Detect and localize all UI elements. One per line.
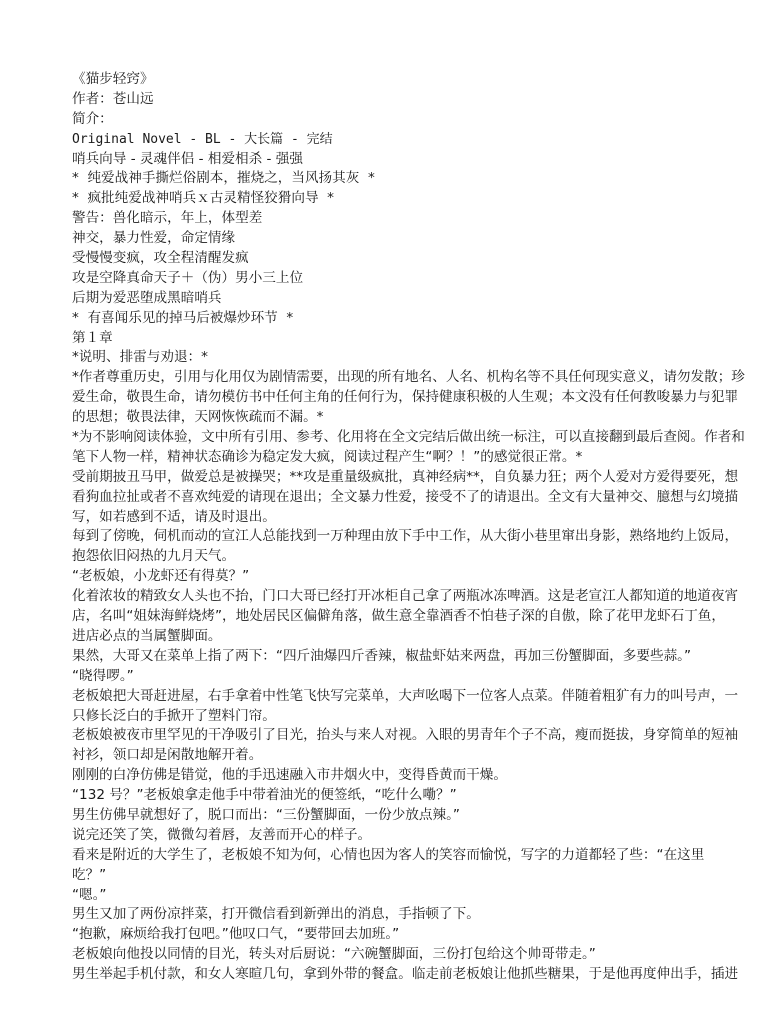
text-line: 吃？” [72, 866, 712, 886]
document-page: 《猫步轻窍》 作者：苍山远 简介： Original Novel - BL - … [72, 70, 712, 985]
text-line: “抱歉，麻烦给我打包吧。”他叹口气，“要带回去加班。” [72, 925, 712, 945]
book-title: 《猫步轻窍》 [72, 70, 712, 90]
text-line: 化着浓妆的精致女人头也不抬，门口大哥已经打开冰柜自己拿了两瓶冰冻啤酒。这是老宣江… [72, 587, 712, 607]
text-line: 老板娘向他投以同情的目光，转头对后厨说：“六碗蟹脚面，三份打包给这个帅哥带走。” [72, 945, 712, 965]
text-line: * 纯爱战神手撕烂俗剧本，摧烧之，当风扬其灰 * [72, 169, 712, 189]
text-line: “132 号？”老板娘拿走他手中带着油光的便签纸，“吃什么嘞？” [72, 786, 712, 806]
tags-line: 哨兵向导 - 灵魂伴侣 - 相爱相杀 - 强强 [72, 150, 712, 170]
text-line: 看狗血拉扯或者不喜欢纯爱的请现在退出；全文暴力性爱，接受不了的请退出。全文有大量… [72, 488, 712, 508]
author-line: 作者：苍山远 [72, 90, 712, 110]
text-line: 警告：兽化暗示，年上，体型差 [72, 209, 712, 229]
text-line: 衬衫，领口却是闲散地解开着。 [72, 746, 712, 766]
text-line: “老板娘，小龙虾还有得莫？” [72, 567, 712, 587]
text-line: 男生举起手机付款，和女人寒暄几句，拿到外带的餐盒。临走前老板娘让他抓些糖果，于是… [72, 965, 712, 985]
text-line: 神交，暴力性爱，命定情缘 [72, 229, 712, 249]
text-line: 说完还笑了笑，微微勾着唇，友善而开心的样子。 [72, 826, 712, 846]
text-line: 进店必点的当属蟹脚面。 [72, 627, 712, 647]
text-line: * 有喜闻乐见的掉马后被爆炒环节 * [72, 309, 712, 329]
chapter-heading: 第１章 [72, 329, 712, 349]
text-line: * 疯批纯爱战神哨兵ｘ古灵精怪狡猾向导 * [72, 189, 712, 209]
text-line: *为不影响阅读体验，文中所有引用、参考、化用将在全文完结后做出统一标注，可以直接… [72, 428, 712, 448]
text-line: 爱生命，敬畏生命，请勿模仿书中任何主角的任何行为，保持健康积极的人生观；本文没有… [72, 388, 712, 408]
intro-label: 简介： [72, 110, 712, 130]
text-line: “嗯。” [72, 886, 712, 906]
text-line: 男生又加了两份凉拌菜，打开微信看到新弹出的消息，手指顿了下。 [72, 905, 712, 925]
text-line: 受慢慢变疯，攻全程清醒发疯 [72, 249, 712, 269]
tags-line: Original Novel - BL - 大长篇 - 完结 [72, 130, 712, 150]
text-line: 攻是空降真命天子＋（伪）男小三上位 [72, 269, 712, 289]
text-line: 只修长泛白的手掀开了塑料门帘。 [72, 707, 712, 727]
text-line: 老板娘被夜市里罕见的干净吸引了目光，抬头与来人对视。入眼的男青年个子不高，瘦而挺… [72, 726, 712, 746]
text-line: 笔下人物一样，精神状态确诊为稳定发大疯，阅读过程产生“啊？！”的感觉很正常。* [72, 448, 712, 468]
text-line: 抱怨依旧闷热的九月天气。 [72, 547, 712, 567]
text-line: 后期为爱恶堕成黑暗哨兵 [72, 289, 712, 309]
text-line: “晓得啰。” [72, 667, 712, 687]
text-line: 店，名叫“姐妹海鲜烧烤”，地处居民区偏僻角落，做生意全靠酒香不怕巷子深的自傲，除… [72, 607, 712, 627]
text-line: *作者尊重历史，引用与化用仅为剧情需要，出现的所有地名、人名、机构名等不具任何现… [72, 368, 712, 388]
text-line: 刚刚的白净仿佛是错觉，他的手迅速融入市井烟火中，变得昏黄而干燥。 [72, 766, 712, 786]
text-line: 写，如若感到不适，请及时退出。 [72, 508, 712, 528]
text-line: 果然，大哥又在菜单上指了两下：“四斤油爆四斤香辣，椒盐虾姑来两盘，再加三份蟹脚面… [72, 647, 712, 667]
text-line: 看来是附近的大学生了，老板娘不知为何，心情也因为客人的笑容而愉悦，写字的力道都轻… [72, 846, 712, 866]
text-line: 受前期披丑马甲，做爱总是被操哭；**攻是重量级疯批，真神经病**，自负暴力狂；两… [72, 468, 712, 488]
text-line: *说明、排雷与劝退：* [72, 348, 712, 368]
text-line: 的思想；敬畏法律，天网恢恢疏而不漏。* [72, 408, 712, 428]
text-line: 每到了傍晚，伺机而动的宣江人总能找到一万种理由放下手中工作，从大街小巷里窜出身影… [72, 527, 712, 547]
text-line: 老板娘把大哥赶进屋，右手拿着中性笔飞快写完菜单，大声吆喝下一位客人点菜。伴随着粗… [72, 687, 712, 707]
text-line: 男生仿佛早就想好了，脱口而出：“三份蟹脚面，一份少放点辣。” [72, 806, 712, 826]
